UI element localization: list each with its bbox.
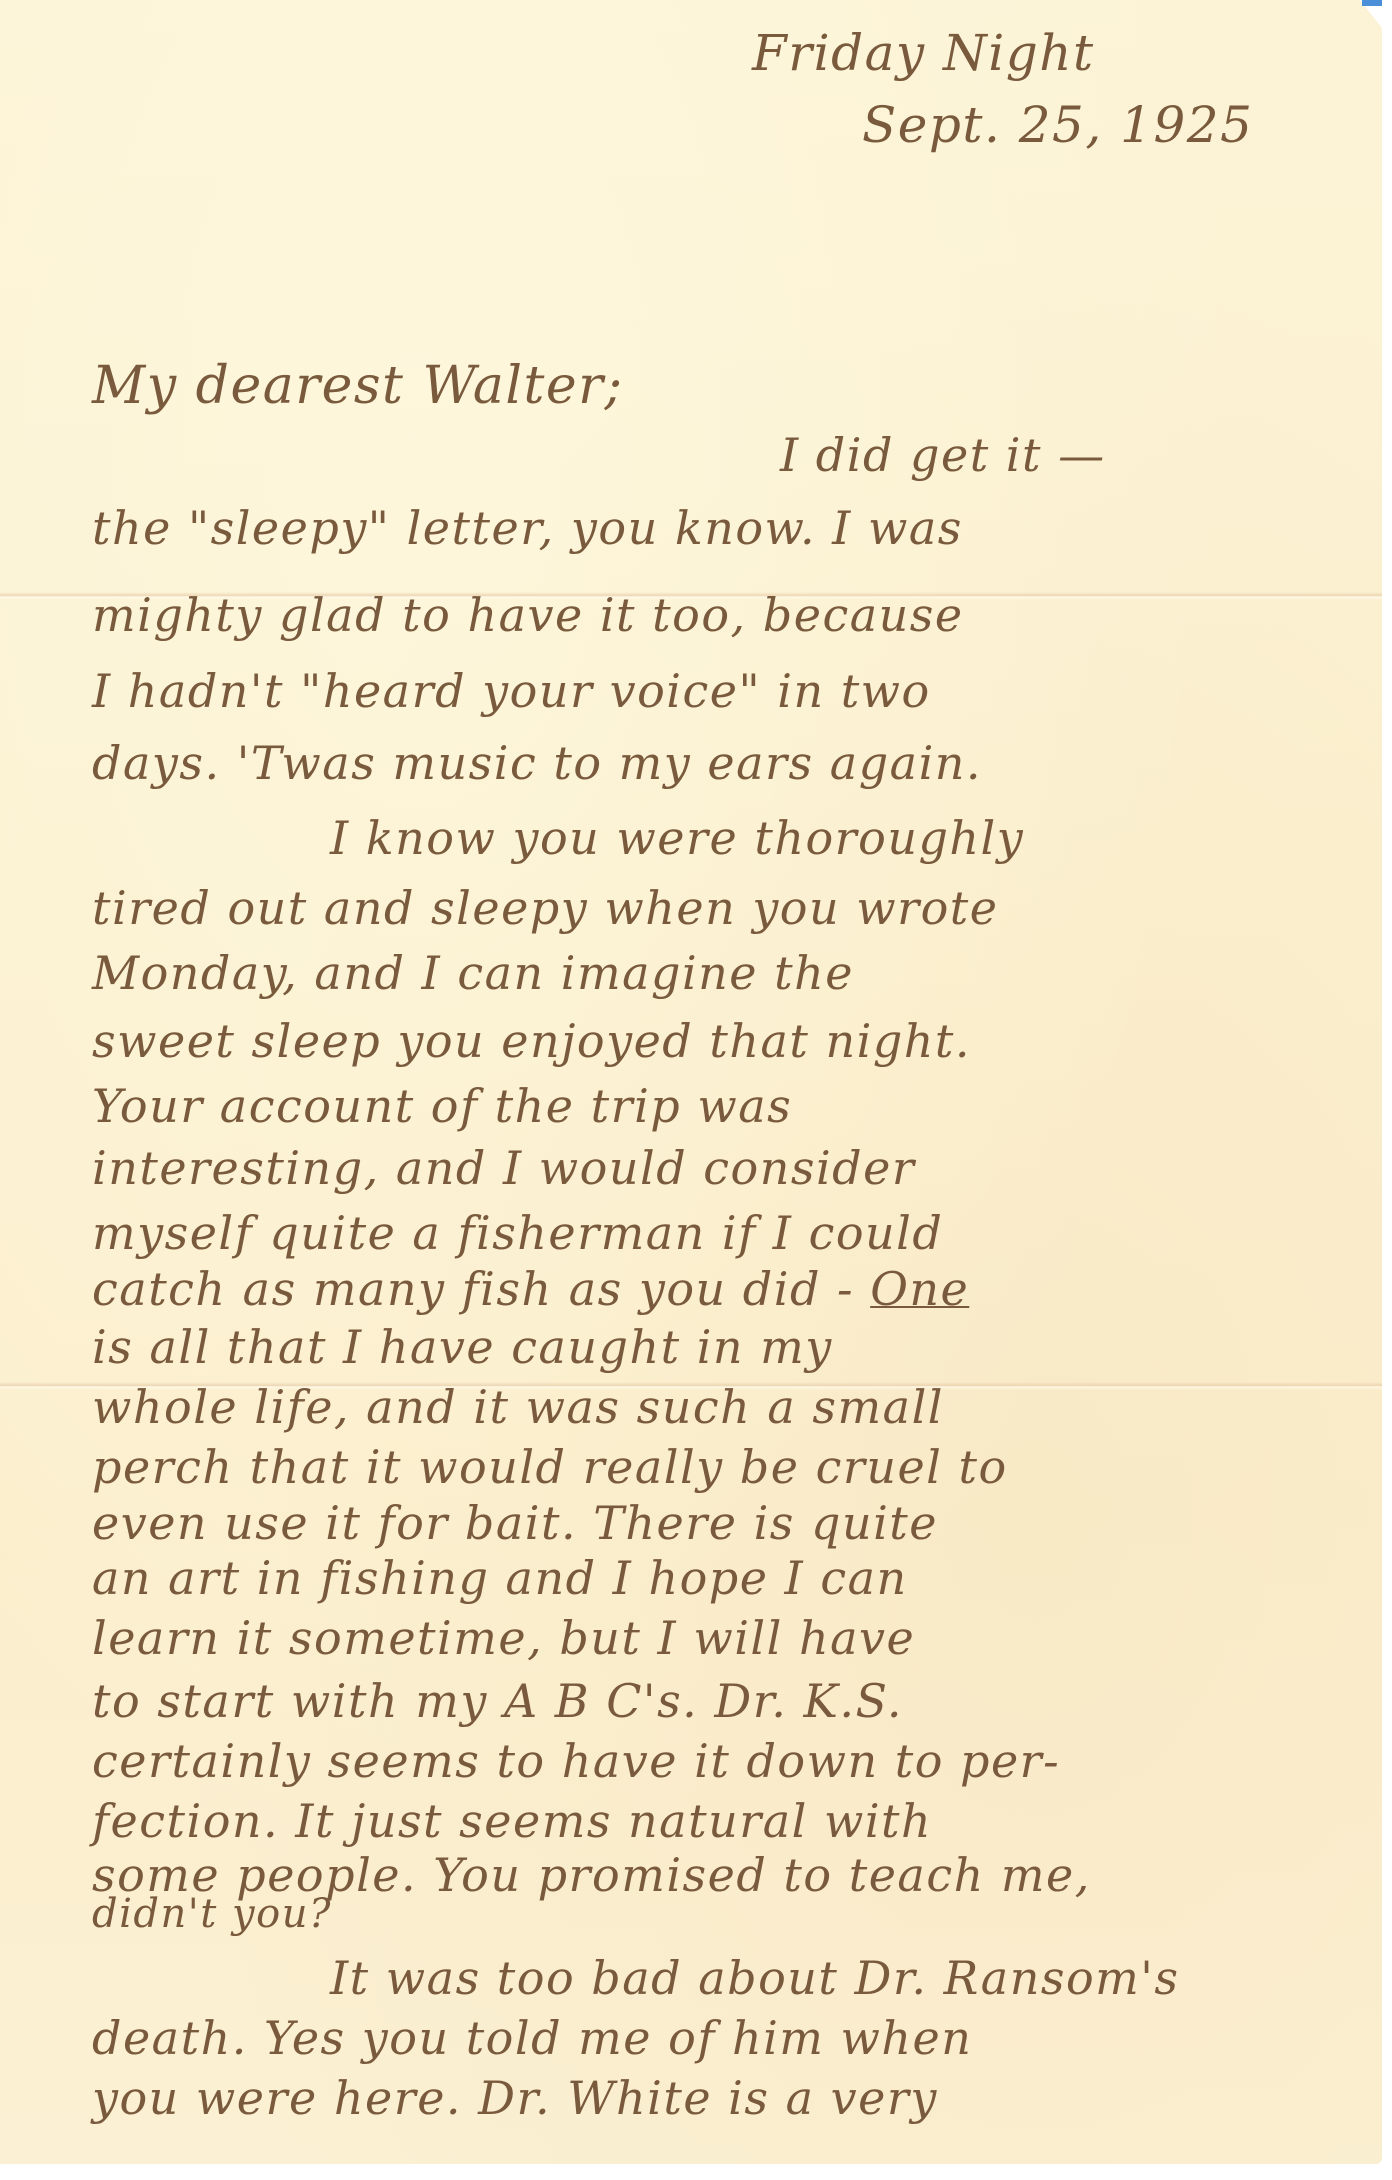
letter-page: Friday Night Sept. 25, 1925 My dearest W… (0, 0, 1382, 2164)
letter-line: an art in fishing and I hope I can (92, 1555, 908, 1601)
letter-line: certainly seems to have it down to per- (92, 1738, 1060, 1784)
letter-line: fection. It just seems natural with (92, 1798, 932, 1844)
scan-edge-mark (1362, 0, 1382, 6)
letter-line: you were here. Dr. White is a very (92, 2075, 938, 2121)
letter-line: sweet sleep you enjoyed that night. (92, 1018, 971, 1064)
underlined-word: One (870, 1262, 969, 1316)
letter-heading-day: Friday Night (752, 28, 1095, 78)
letter-line: myself quite a fisherman if I could (92, 1210, 943, 1256)
letter-line: I did get it — (780, 432, 1106, 478)
letter-line: is all that I have caught in my (92, 1324, 833, 1370)
letter-line: to start with my A B C's. Dr. K.S. (92, 1678, 903, 1724)
letter-line: Monday, and I can imagine the (92, 950, 854, 996)
letter-line-text: catch as many fish as you did - (92, 1262, 854, 1316)
letter-line-with-emphasis: catch as many fish as you did - One (92, 1266, 969, 1312)
letter-salutation: My dearest Walter; (92, 360, 624, 412)
letter-line: learn it sometime, but I will have (92, 1615, 915, 1661)
letter-line: interesting, and I would consider (92, 1145, 915, 1191)
letter-line: Your account of the trip was (92, 1083, 792, 1129)
letter-line: the "sleepy" letter, you know. I was (92, 505, 963, 551)
letter-line: even use it for bait. There is quite (92, 1500, 938, 1546)
letter-line: didn't you? (92, 1894, 332, 1934)
letter-line: whole life, and it was such a small (92, 1384, 944, 1430)
letter-line: tired out and sleepy when you wrote (92, 885, 999, 931)
letter-line: I know you were thoroughly (330, 815, 1024, 861)
letter-line: I hadn't "heard your voice" in two (92, 668, 931, 714)
letter-line: mighty glad to have it too, because (92, 592, 964, 638)
letter-line: days. 'Twas music to my ears again. (92, 740, 982, 786)
letter-heading-date: Sept. 25, 1925 (862, 100, 1253, 150)
letter-line: death. Yes you told me of him when (92, 2015, 972, 2061)
letter-line: perch that it would really be cruel to (92, 1444, 1008, 1490)
letter-line: It was too bad about Dr. Ransom's (330, 1955, 1180, 2001)
